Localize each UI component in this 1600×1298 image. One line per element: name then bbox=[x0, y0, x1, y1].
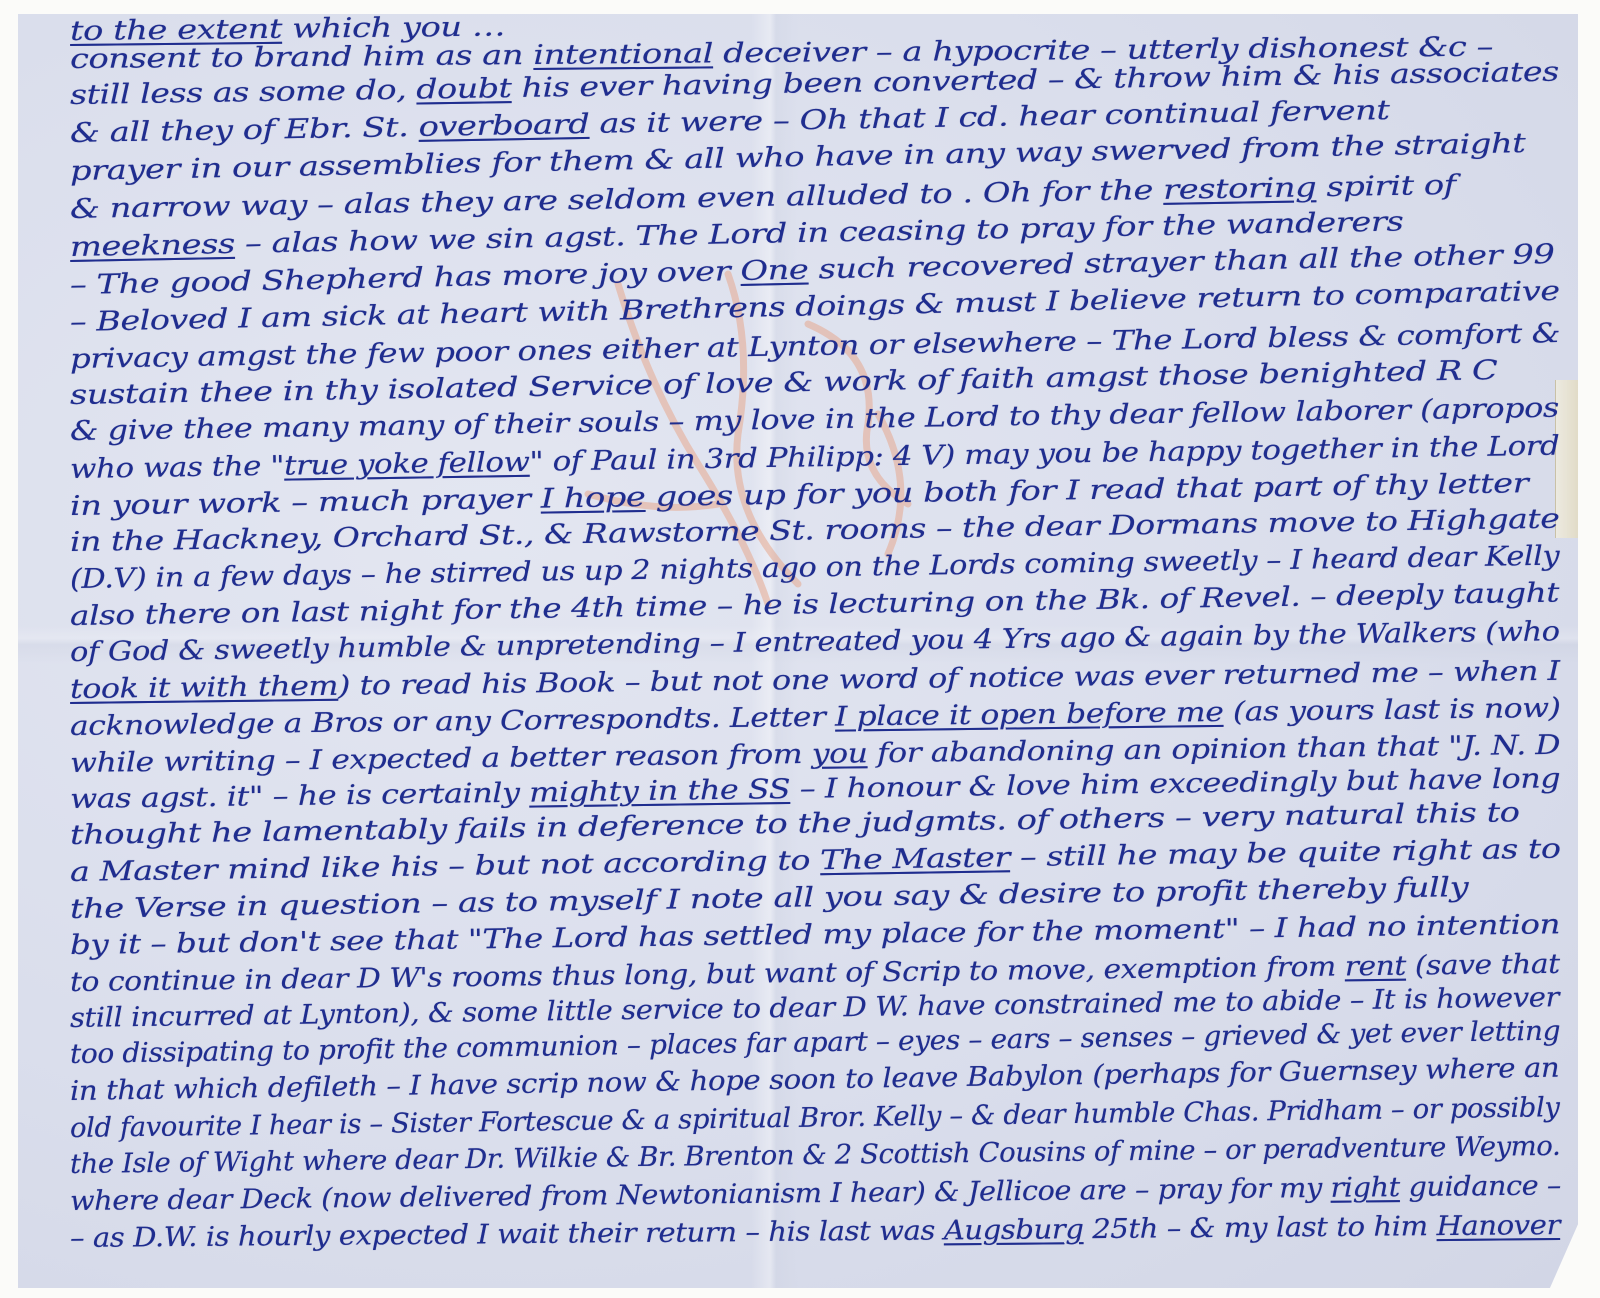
letter-line: – as D.W. is hourly expected I wait thei… bbox=[70, 1210, 1560, 1254]
letter-line: where dear Deck (now delivered from Newt… bbox=[70, 1170, 1561, 1217]
letter-paper: to the extent which you … consent to bra… bbox=[18, 14, 1578, 1288]
